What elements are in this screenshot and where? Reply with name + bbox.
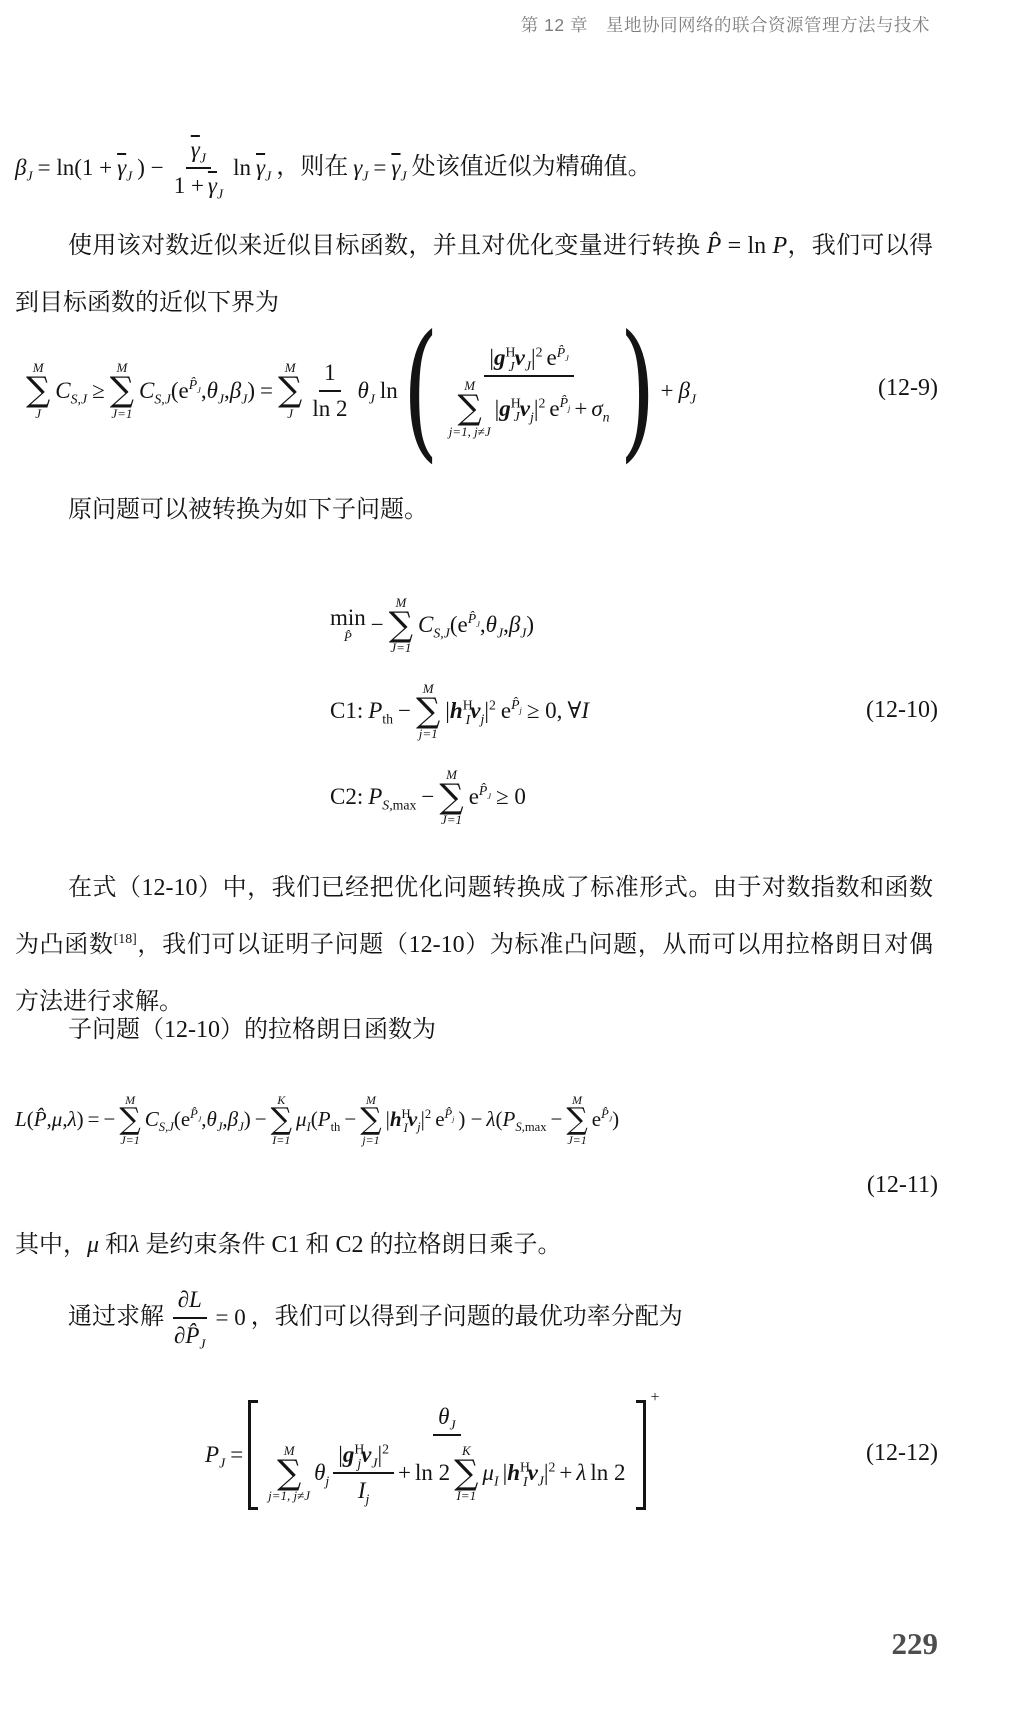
page-number: 229 [892,1626,939,1662]
sum-symbol: M∑J [26,361,50,419]
sum-symbol: M∑j=1, j≠J [268,1444,310,1502]
sum-symbol: M∑J [278,361,302,419]
big-paren-right: ) [620,316,656,465]
fraction: γJ 1 +γJ [169,133,228,203]
sum-symbol: M∑j=1, j≠J [449,379,491,437]
sum-symbol: K∑I=1 [454,1444,478,1502]
paragraph-subproblem-intro: 原问题可以被转换为如下子问题。 [15,482,933,539]
paragraph-multipliers: 其中，μ 和λ 是约束条件 C1 和 C2 的拉格朗日乘子。 [15,1217,933,1274]
equation-label-12-12: (12-12) [866,1440,938,1467]
bracket-group: θJ M∑j=1, j≠J θj |gHjvJ|2 Ij + ln 2 K∑I=… [248,1400,645,1510]
equation-12-11: L(P̂,μ,λ) = − M∑J=1 CS,J(eP̂J,θJ,βJ) − K… [0,1080,1033,1160]
formula-beta-approx: βJ = ln(1 + γJ ) − γJ 1 +γJ ln γJ ，则在 γJ… [0,126,1033,210]
chapter-header: 第 12 章 星地协同网络的联合资源管理方法与技术 [521,12,930,37]
fraction: ∂L ∂P̂J [169,1283,211,1353]
sum-symbol: M∑j=1 [360,1094,381,1147]
equation-label-12-10: (12-10) [866,697,938,724]
sum-symbol: M∑J=1 [439,768,463,826]
sum-symbol: M∑J=1 [566,1094,587,1147]
sum-symbol: M∑J=1 [110,361,134,419]
fraction: |gHjvJ|2 Ij [333,1438,394,1508]
sum-symbol: M∑j=1 [416,682,440,740]
min-operator: minP̂ [330,606,366,644]
equation-label-12-9: (12-9) [878,375,938,402]
big-paren-left: ( [403,316,439,465]
constraint-c2-row: C2: PS,max − M∑J=1 eP̂J ≥ 0 [330,757,1033,837]
paragraph-lagrangian-intro: 子问题（12-10）的拉格朗日函数为 [15,1002,933,1059]
fraction: θJ M∑j=1, j≠J θj |gHjvJ|2 Ij + ln 2 K∑I=… [263,1400,630,1510]
fraction: |gHJvJ|2 eP̂J M∑j=1, j≠J |gHJvj|2 eP̂j +… [444,341,615,439]
paragraph-derivative: 通过求解 ∂L ∂P̂J = 0 ，我们可以得到子问题的最优功率分配为 [0,1278,1033,1358]
beta-symbol: βJ [15,153,33,183]
plus-superscript: + [650,1388,659,1409]
equation-label-12-11: (12-11) [867,1172,938,1199]
fraction: 1 ln 2 [307,356,352,426]
book-page: { "header": { "title": "第 12 章 星地协同网络的联合… [0,0,1033,1713]
left-square-bracket [248,1400,258,1510]
citation-ref: [18] [114,932,137,947]
right-square-bracket [636,1400,646,1510]
sum-symbol: M∑J=1 [389,596,413,654]
sum-symbol: M∑J=1 [119,1094,140,1147]
objective-row: minP̂ − M∑J=1 CS,J(eP̂J,θJ,βJ) [330,585,1033,665]
sum-symbol: K∑I=1 [271,1094,292,1147]
